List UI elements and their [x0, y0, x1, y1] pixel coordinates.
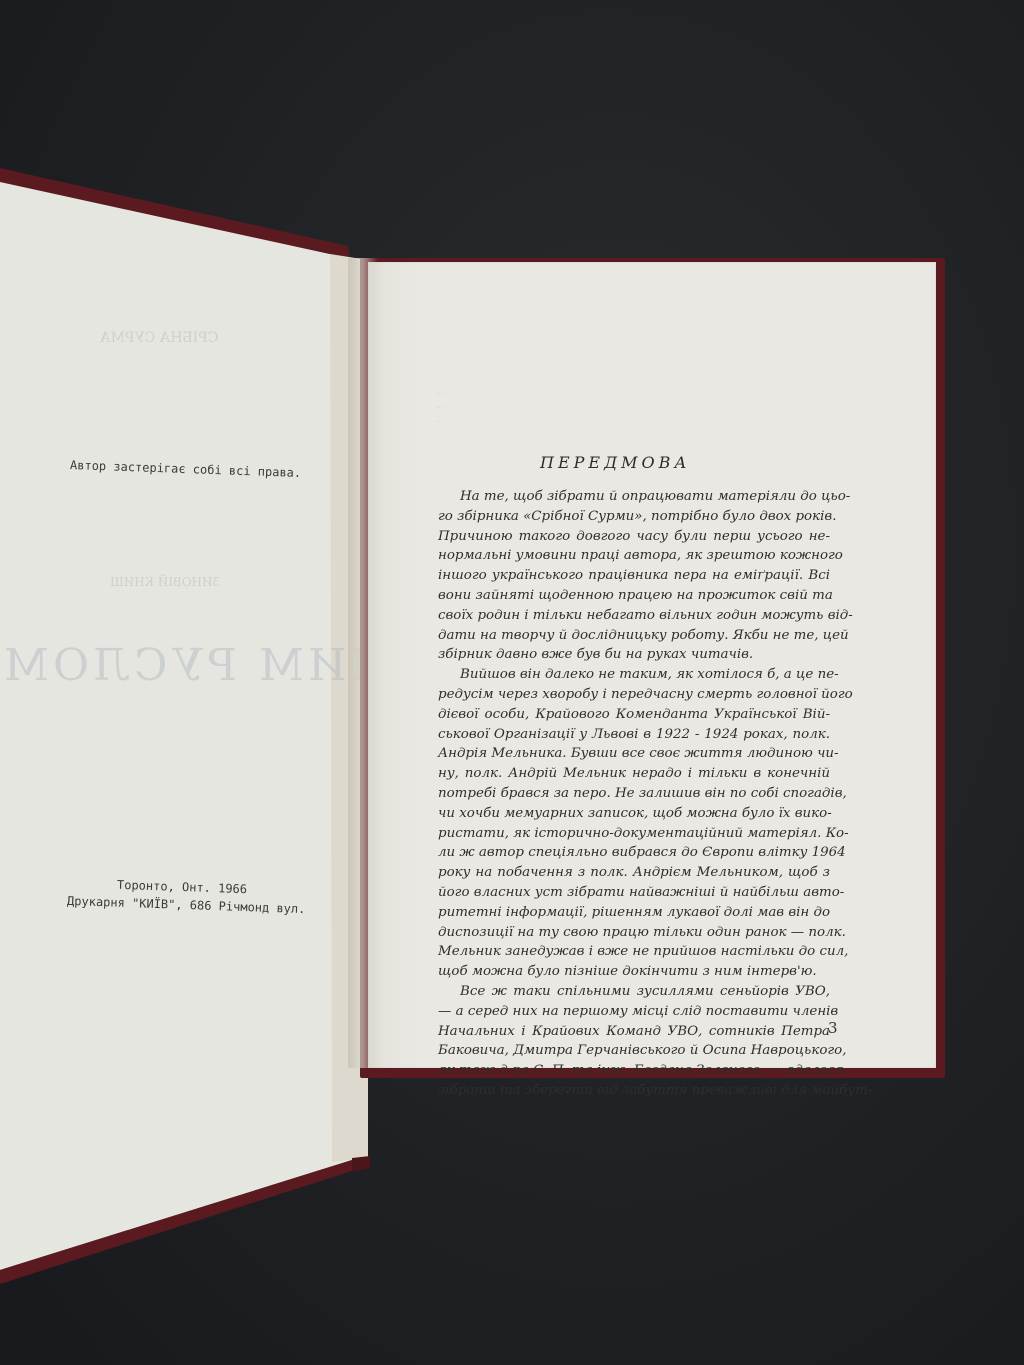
gutter	[348, 258, 378, 1068]
text-line: Мельник занедужав і вже не прийшов насті…	[438, 942, 830, 962]
text-line: дієвої особи, Крайового Коменданта Украї…	[438, 705, 830, 725]
foreword-body: На те, щоб зібрати й опрацювати матеріял…	[438, 487, 830, 1101]
rights-notice: Автор застерігає собі всі права.	[70, 458, 302, 480]
text-line: дати на творчу й дослідницьку роботу. Як…	[438, 626, 830, 646]
text-line: його власних уст зібрати найважніші й на…	[438, 883, 830, 903]
text-line: іншого українського працівника пера на е…	[438, 566, 830, 586]
text-line: Вийшов він далеко не таким, як хотілося …	[438, 665, 830, 685]
text-line: чи хочби мемуарних записок, щоб можна бу…	[438, 804, 830, 824]
imprint-city-year: Торонто, Онт. 1966	[117, 878, 247, 897]
show-through-author: ЗИНОВІЙ КНИШ	[110, 575, 220, 589]
text-line: Начальних і Крайових Команд УВО, сотникі…	[438, 1022, 830, 1042]
text-line: як теж д-ра С. П. та інж. Богдана Зелено…	[438, 1061, 830, 1081]
text-line: ськової Організації у Львові в 1922 - 19…	[438, 725, 830, 745]
text-line: ритетні інформації, рішенням лукавої дол…	[438, 903, 830, 923]
text-line: Все ж таки спільними зусиллями сеньйорів…	[438, 982, 830, 1002]
text-line: — а серед них на першому місці слід пост…	[438, 1002, 830, 1022]
page-number: 3	[828, 1019, 838, 1037]
text-line: Баковича, Дмитра Герчанівського й Осипа …	[438, 1041, 830, 1061]
text-line: Причиною такого довгого часу були перш у…	[438, 527, 830, 547]
text-line: диспозиції на ту свою працю тільки один …	[438, 923, 830, 943]
text-line: вони зайняті щоденною працею на прожиток…	[438, 586, 830, 606]
text-line: зібрати та зберегти від забуття преважли…	[438, 1081, 830, 1101]
imprint-printer: Друкарня "КИЇВ", 686 Річмонд вул.	[67, 894, 306, 916]
text-line: потребі брався за перо. Не залишив він п…	[438, 784, 830, 804]
text-line: ли ж автор спеціяльно вибрався до Європи…	[438, 843, 830, 863]
text-line: року на побачення з полк. Андрієм Мельни…	[438, 863, 830, 883]
text-line: редусім через хворобу і передчасну смерт…	[438, 685, 830, 705]
text-line: На те, щоб зібрати й опрацювати матеріял…	[438, 487, 830, 507]
text-line: ну, полк. Андрій Мельник нерадо і тільки…	[438, 764, 830, 784]
text-line: збірник давно вже був би на руках читачі…	[438, 645, 830, 665]
page-title: ПЕРЕДМОВА	[540, 453, 690, 472]
show-through-top: СРІБНА СУРМА	[100, 330, 218, 346]
show-through-right: .........	[435, 385, 445, 427]
text-line: щоб можна було пізніше докінчити з ним і…	[438, 962, 830, 982]
text-line: го збірника «Срібної Сурми», потрібно бу…	[438, 507, 830, 527]
text-line: ристати, як історично-документаційний ма…	[438, 824, 830, 844]
text-line: Андрія Мельника. Бувши все своє життя лю…	[438, 744, 830, 764]
text-line: своїх родин і тільки небагато вільних го…	[438, 606, 830, 626]
text-line: нормальні умовини праці автора, як зрешт…	[438, 546, 830, 566]
